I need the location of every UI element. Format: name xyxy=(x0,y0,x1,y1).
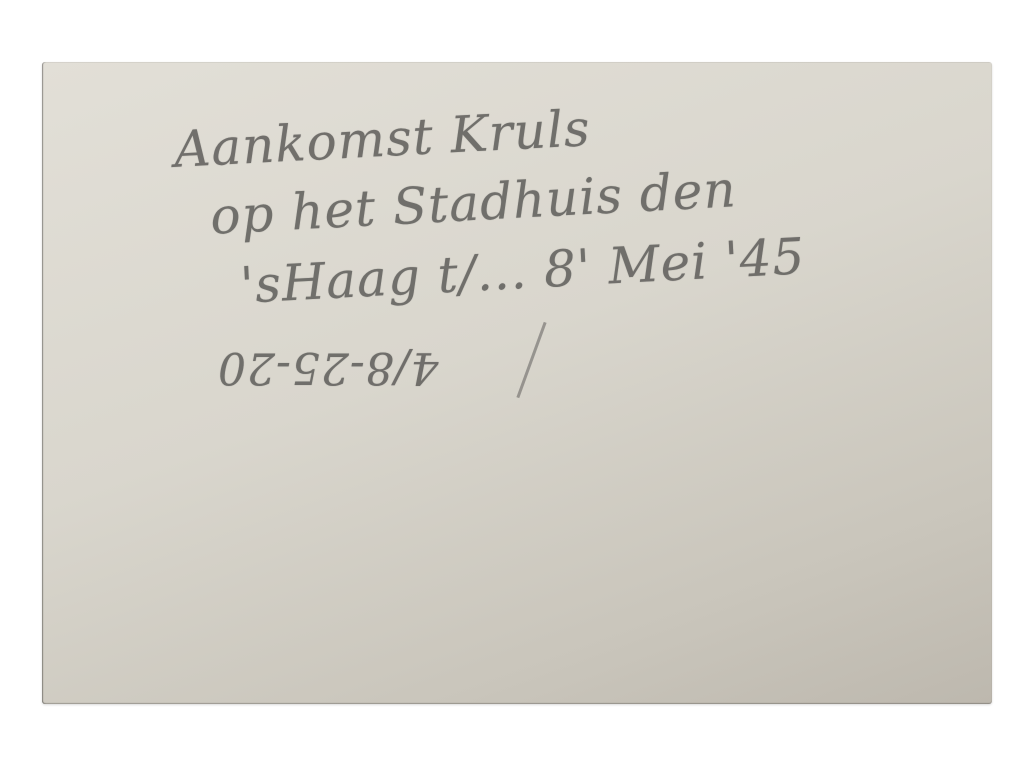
handwritten-line-1: Aankomst Kruls xyxy=(173,99,592,179)
handwritten-card: Aankomst Kruls op het Stadhuis den 'sHaa… xyxy=(42,62,992,704)
pencil-stroke xyxy=(516,322,546,398)
handwritten-line-2: op het Stadhuis den xyxy=(209,160,738,245)
handwritten-line-3: 'sHaag t/... 8' Mei '45 xyxy=(239,227,807,315)
upside-down-reference-number: 4/8-25-20 xyxy=(217,342,439,393)
